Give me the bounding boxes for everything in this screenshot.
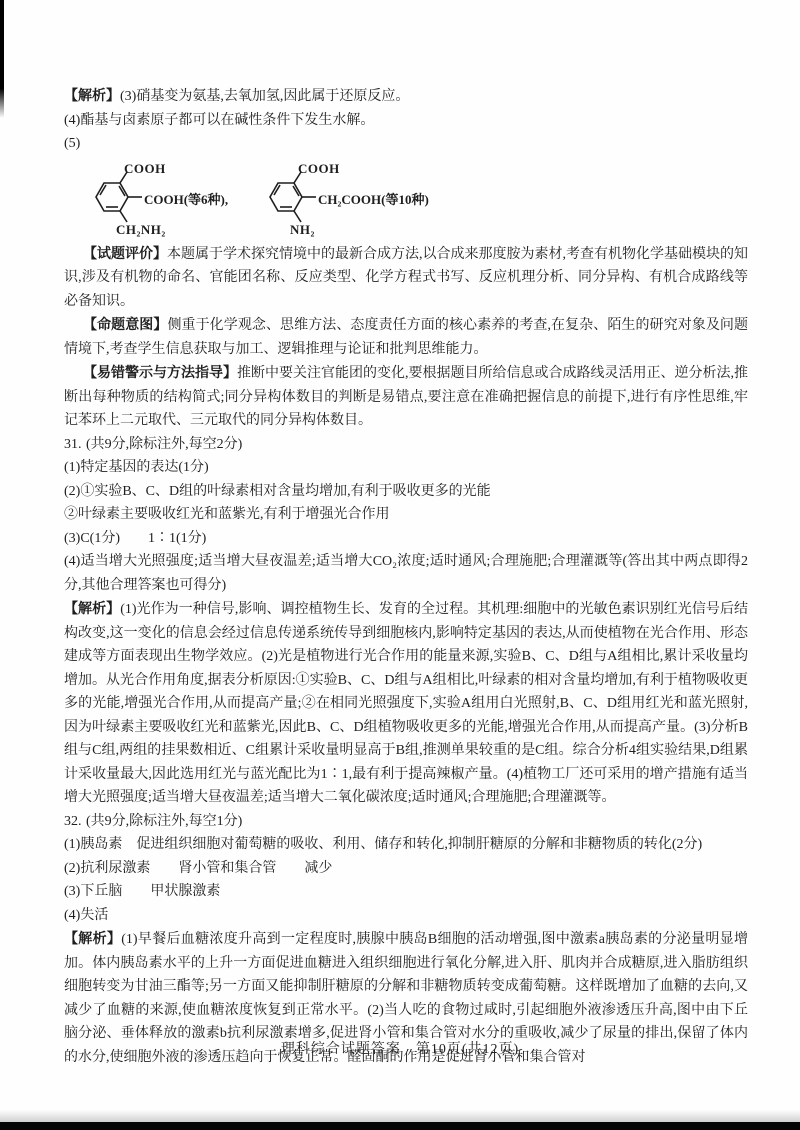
page-footer: 理科综合试题答案 第10页(共12页)	[0, 1038, 800, 1058]
q30-line-5: (5)	[64, 132, 748, 156]
q30-evaluation: 【试题评价】本题属于学术探究情境中的最新合成方法,以合成来那度胺为素材,考查有机…	[64, 242, 748, 314]
substituent-bottom: NH₂	[290, 218, 315, 242]
substituent-top: COOH	[124, 157, 166, 181]
q31-answer-4: (4)适当增大光照强度;适当增大昼夜温差;适当增大CO₂浓度;适时通风;合理施肥…	[64, 550, 748, 597]
q32-number: 32.	[64, 810, 86, 834]
q31-answer-2: (2)①实验B、C、D组的叶绿素相对含量均增加,有利于吸收更多的光能	[64, 480, 748, 504]
scan-shadow-band	[0, 1110, 800, 1122]
isomer-structures: COOH COOH(等6种), CH₂NH₂ COOH	[88, 158, 748, 238]
q32-answer-1: (1)胰岛素 促进组织细胞对葡萄糖的吸收、利用、储存和转化,抑制肝糖原的分解和非…	[64, 833, 748, 857]
q30-warning: 【易错警示与方法指导】推断中要关注官能团的变化,要根据题目所给信息或合成路线灵活…	[64, 361, 748, 433]
q30-analysis-line: 【解析】(3)硝基变为氨基,去氧加氢,因此属于还原反应。	[64, 84, 748, 109]
q32-answer-3: (3)下丘脑 甲状腺激素	[64, 880, 748, 904]
analysis-label: 【解析】	[64, 930, 121, 946]
q31-answer-1: (1)特定基因的表达(1分)	[64, 456, 748, 480]
q31-analysis: 【解析】(1)光作为一种信号,影响、调控植物生长、发育的全过程。其机理:细胞中的…	[64, 597, 748, 810]
q31-score-note: (共9分,除标注外,每空2分)	[86, 437, 242, 452]
evaluation-text: 本题属于学术探究情境中的最新合成方法,以合成来那度胺为素材,考查有机物化学基础模…	[64, 247, 748, 309]
q30-intent: 【命题意图】侧重于化学观念、思维方法、态度责任方面的核心素养的考查,在复杂、陌生…	[64, 313, 748, 361]
substituent-bottom: CH₂NH₂	[116, 218, 166, 242]
evaluation-label: 【试题评价】	[83, 245, 167, 261]
page-content: 【解析】(3)硝基变为氨基,去氧加氢,因此属于还原反应。 (4)酯基与卤素原子都…	[64, 84, 748, 1069]
q31-number: 31.	[64, 433, 86, 457]
warning-label: 【易错警示与方法指导】	[83, 364, 237, 380]
substituent-top: COOH	[298, 157, 340, 181]
q31-analysis-text: (1)光作为一种信号,影响、调控植物生长、发育的全过程。其机理:细胞中的光敏色素…	[64, 602, 748, 805]
intent-label: 【命题意图】	[83, 316, 167, 332]
scan-edge-artifact-bottom	[0, 1122, 800, 1130]
scanned-answer-page: 【解析】(3)硝基变为氨基,去氧加氢,因此属于还原反应。 (4)酯基与卤素原子都…	[0, 0, 800, 1130]
q32-answer-4: (4)失活	[64, 904, 748, 928]
q32-score-note: (共9分,除标注外,每空1分)	[86, 814, 242, 829]
analysis-label: 【解析】	[64, 600, 120, 616]
analysis-label: 【解析】	[64, 87, 120, 103]
substituent-right: CH₂COOH(等10种)	[318, 188, 429, 212]
q32-header: 32.(共9分,除标注外,每空1分)	[64, 810, 748, 834]
intent-text: 侧重于化学观念、思维方法、态度责任方面的核心素养的考查,在复杂、陌生的研究对象及…	[64, 318, 748, 357]
substituent-right: COOH(等6种),	[144, 188, 228, 212]
q30-line-4: (4)酯基与卤素原子都可以在碱性条件下发生水解。	[64, 109, 748, 133]
q31-answer-3: (3)C(1分) 1∶1(1分)	[64, 527, 748, 551]
q32-answer-2: (2)抗利尿激素 肾小管和集合管 减少	[64, 857, 748, 881]
q31-header: 31.(共9分,除标注外,每空2分)	[64, 433, 748, 457]
q30-analysis-3: (3)硝基变为氨基,去氧加氢,因此属于还原反应。	[120, 89, 409, 104]
q31-answer-2b: ②叶绿素主要吸收红光和蓝紫光,有利于增强光合作用	[64, 503, 748, 527]
scan-edge-artifact-left	[0, 0, 4, 118]
